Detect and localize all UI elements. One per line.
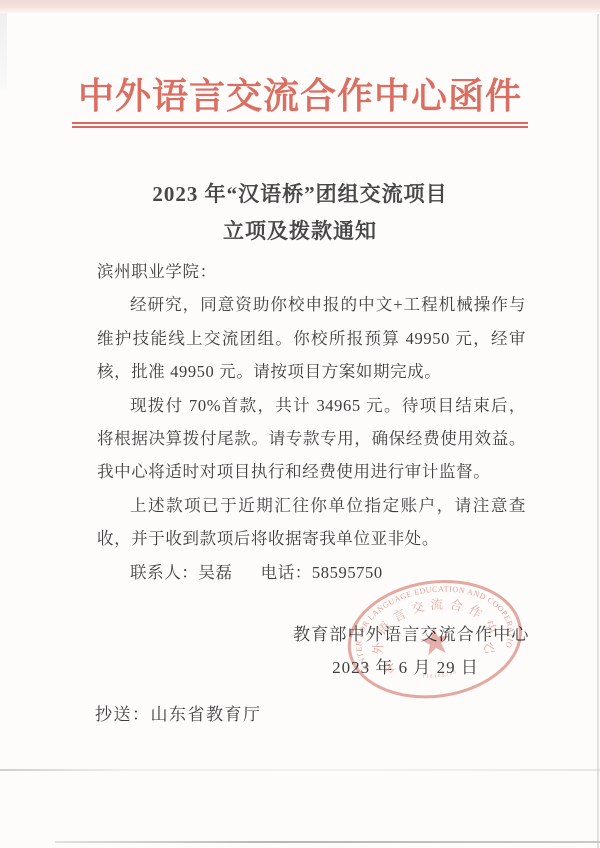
letterhead-divider [72,122,528,128]
body-paragraph-2: 现拨付 70%首款，共计 34965 元。待项目结束后，将根据决算拨付尾款。请专… [97,389,526,489]
subject-line-2: 立项及拨款通知 [0,213,600,250]
scanned-letter-page: 中外语言交流合作中心函件 2023 年“汉语桥”团组交流项目 立项及拨款通知 滨… [0,0,600,848]
contact-name: 吴磊 [198,563,232,582]
contact-name-label: 联系人： [130,563,198,582]
scan-artifact-right-line [597,14,599,848]
scan-artifact-bottom-line [55,841,600,843]
cc-line: 抄送：山东省教育厅 [95,700,262,725]
scan-artifact-mid-line [0,769,600,771]
subject-line-1: 2023 年“汉语桥”团组交流项目 [0,176,600,213]
contact-phone: 58595750 [312,563,383,582]
scan-artifact-top-band [0,0,600,13]
letter-body: 滨州职业学院： 经研究，同意资助你校申报的中文+工程机械操作与维护技能线上交流团… [97,255,526,589]
letterhead-title: 中外语言交流合作中心函件 [0,68,600,119]
seal-star-icon [419,625,451,656]
seal-serial-number: 110108186 [421,670,458,682]
official-seal-stamp: CENTER FOR LANGUAGE EDUCATION AND COOPER… [338,567,533,713]
salutation: 滨州职业学院： [97,255,526,288]
body-paragraph-3: 上述款项已于近期汇往你单位指定账户，请注意查收，并于收到款项后将收据寄我单位亚非… [97,489,526,556]
svg-text:110108186: 110108186 [421,670,458,682]
subject-title: 2023 年“汉语桥”团组交流项目 立项及拨款通知 [0,176,600,250]
body-paragraph-1: 经研究，同意资助你校申报的中文+工程机械操作与维护技能线上交流团组。你校所报预算… [97,288,526,388]
contact-phone-label: 电话： [261,563,312,582]
